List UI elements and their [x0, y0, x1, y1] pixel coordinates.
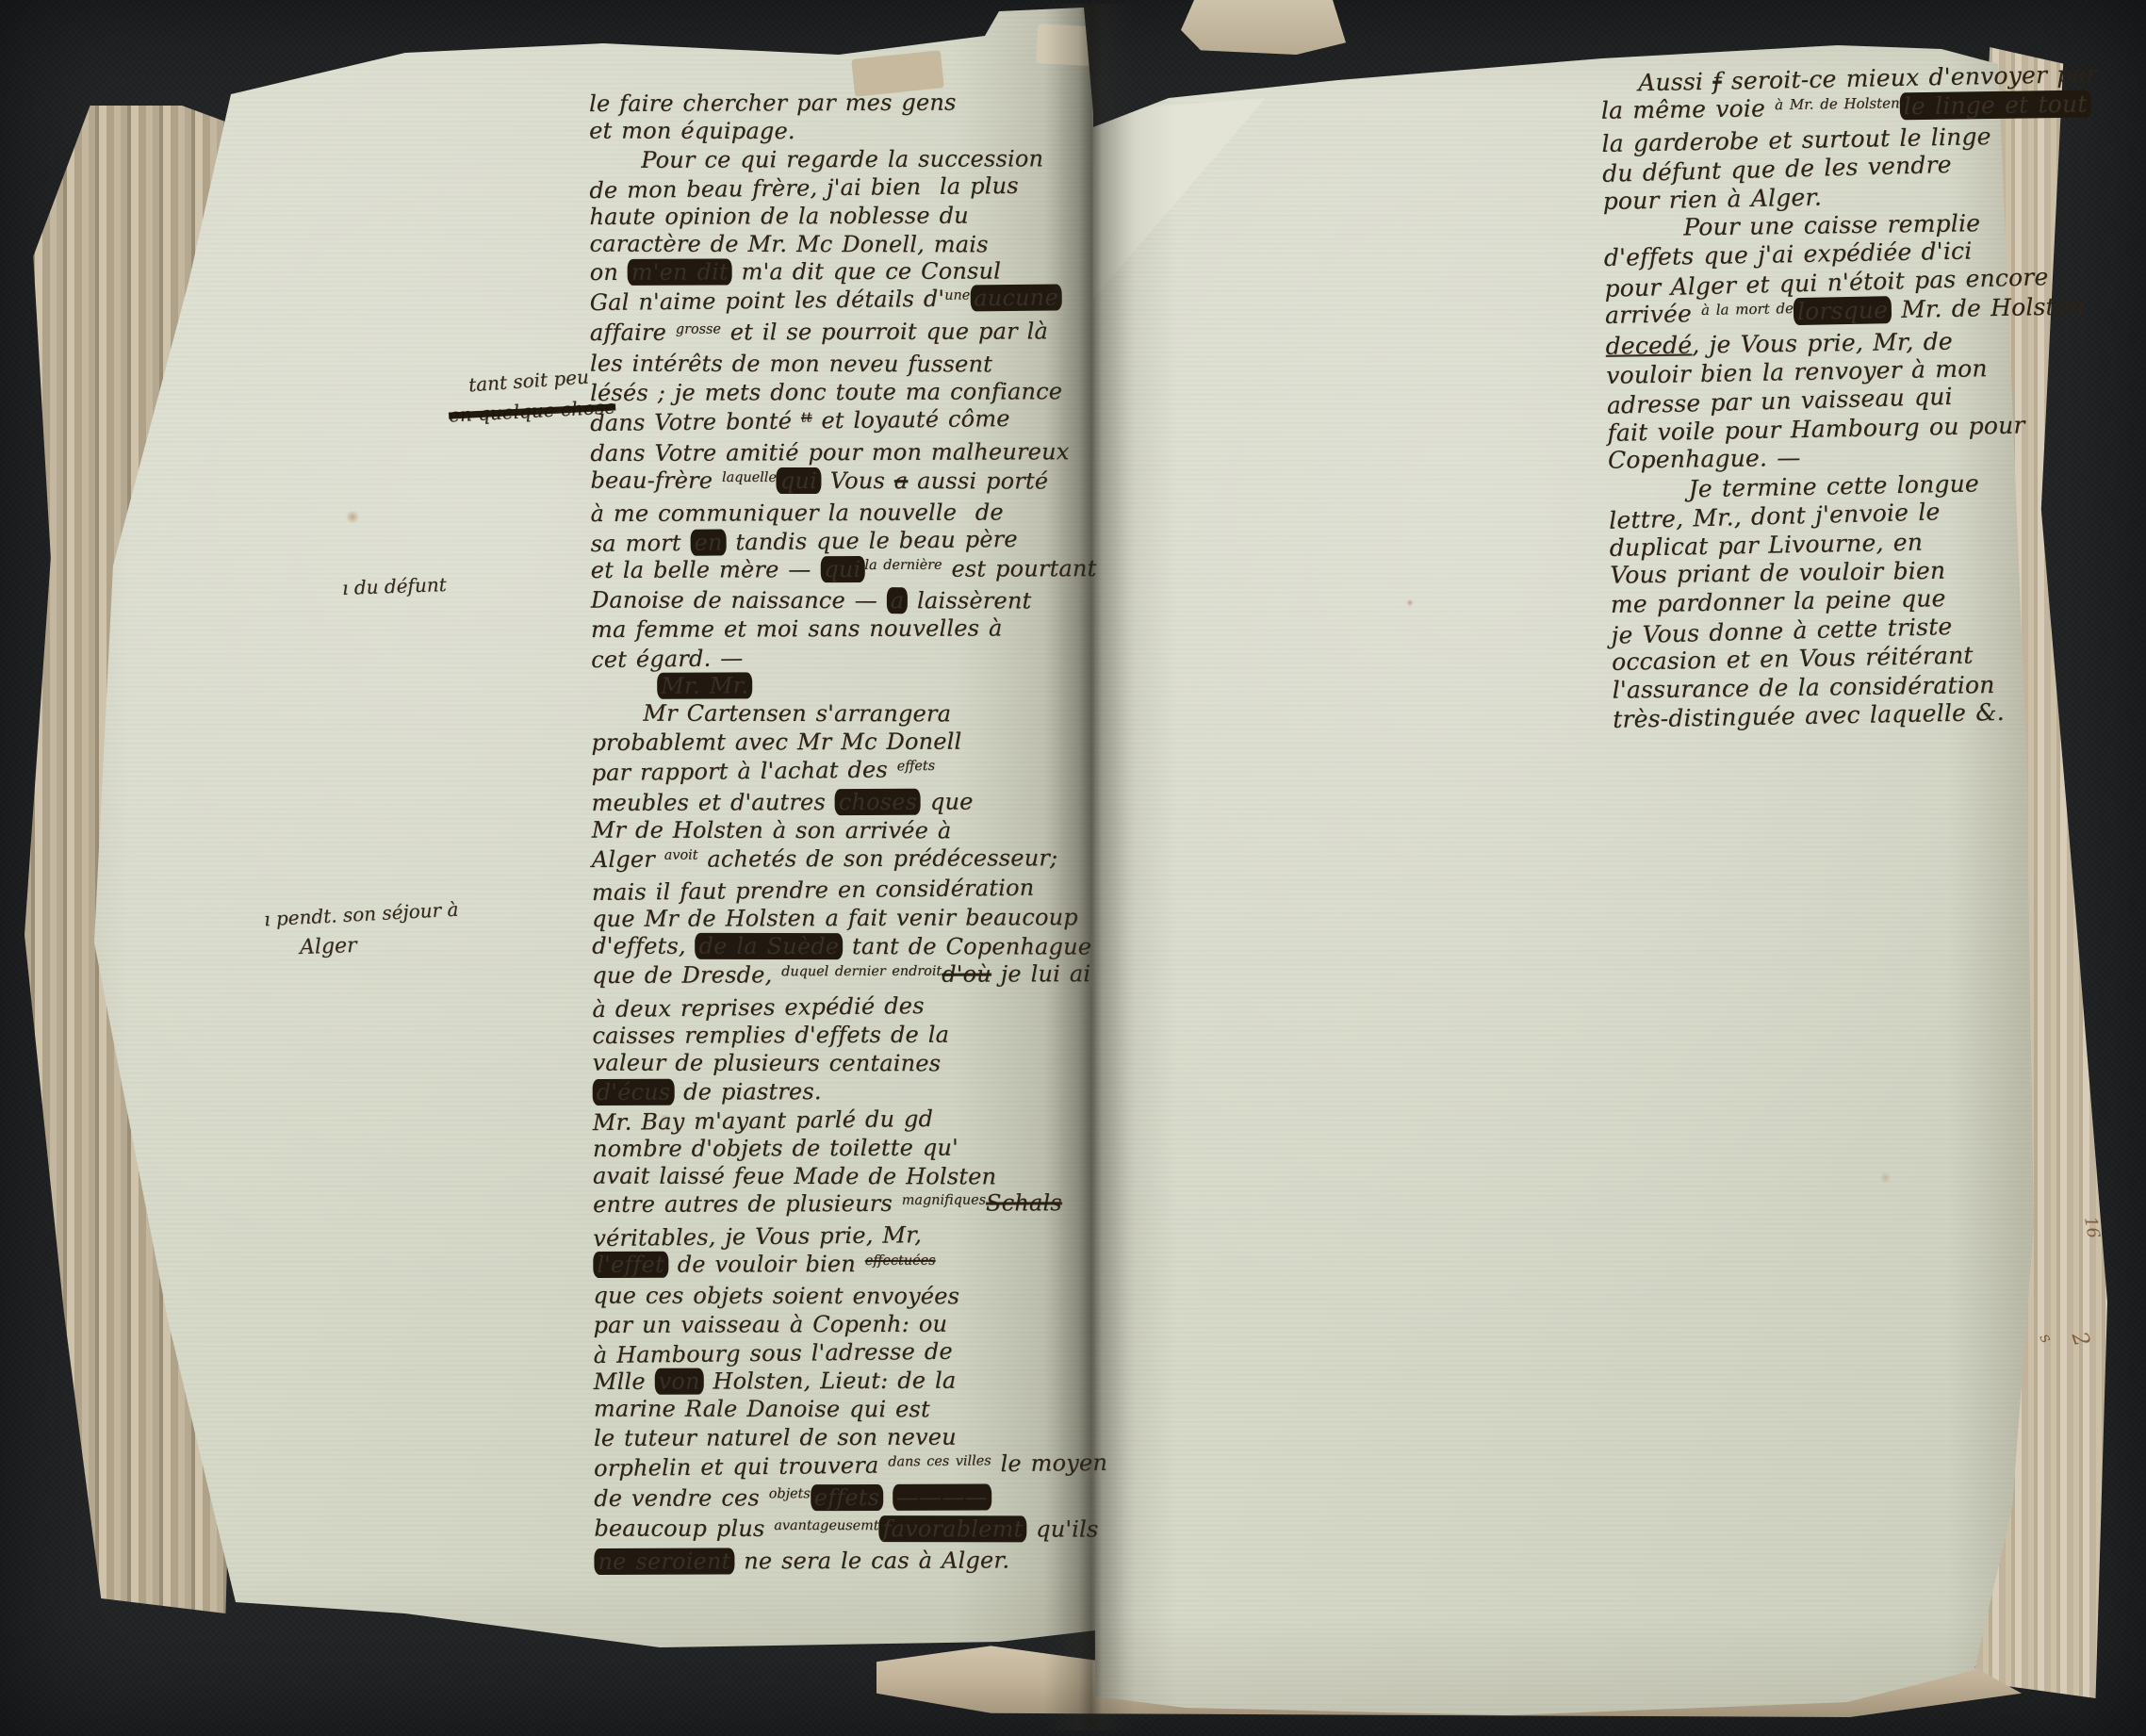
manuscript-line: Vous priant de vouloir bien — [1610, 555, 2053, 590]
interlinear-addition: la dernière — [864, 558, 942, 573]
handwritten-text: dans Votre amitié pour mon malheureux — [590, 438, 1069, 467]
handwritten-text: Copenhague. — — [1608, 444, 1801, 474]
manuscript-line: beau-frère laquellequi Vous a aussi port… — [590, 467, 1088, 500]
manuscript-line: haute opinion de la noblesse du — [589, 202, 1087, 232]
handwritten-text: et la belle mère — — [591, 556, 821, 583]
handwritten-text: m'a dit que ce Consul — [732, 258, 1001, 286]
manuscript-line: affaire grosse et il se pourroit que par… — [590, 318, 1088, 352]
manuscript-line: decedé, je Vous prie, Mr, de — [1605, 326, 2048, 361]
handwritten-text: Mr de Holsten à son arrivée à — [592, 816, 952, 843]
handwritten-text: Mr. Bay m'ayant parlé du gd — [593, 1105, 934, 1136]
handwritten-text: tandis que le beau père — [726, 526, 1017, 556]
manuscript-line: Mr. Mr. — [591, 671, 1089, 701]
handwritten-text: Vous priant de vouloir bien — [1610, 557, 1945, 589]
interlinear-addition: magnifiques — [902, 1193, 986, 1208]
handwritten-text: achetés de son prédécesseur; — [697, 844, 1057, 872]
manuscript-line: que Mr de Holsten a fait venir beaucoup — [592, 905, 1089, 935]
handwritten-text: de piastres. — [674, 1078, 821, 1105]
scribbled-out-text: lorsque — [1794, 296, 1892, 325]
manuscript-line: dans Votre amitié pour mon malheureux — [590, 438, 1088, 468]
handwritten-text: nombre d'objets de toilette qu' — [593, 1134, 958, 1161]
manuscript-line: d'écus de piastres. — [593, 1077, 1090, 1107]
manuscript-line: de mon beau frère, j'ai bien la plus — [589, 172, 1087, 205]
handwritten-text: mais il faut prendre en considération — [592, 875, 1035, 906]
handwritten-text: Pour ce qui regarde la succession — [641, 145, 1043, 172]
scribbled-out-text: qui — [777, 467, 821, 494]
handwritten-text: avait laissé feue Made de Holsten — [593, 1162, 996, 1189]
handwritten-text: le tuteur naturel de son neveu — [594, 1423, 957, 1450]
handwritten-text: Mr Cartensen s'arrangera — [643, 700, 951, 728]
paper-tab — [1181, 0, 1346, 55]
manuscript-line: ma femme et moi sans nouvelles à — [591, 614, 1089, 645]
handwritten-text: sa mort — [591, 529, 691, 556]
manuscript-line: par un vaisseau à Copenh: ou — [594, 1310, 1091, 1340]
handwritten-text: valeur de plusieurs centaines — [593, 1050, 942, 1077]
handwritten-text: le faire chercher par mes gens — [589, 90, 957, 117]
scribbled-out-text: effets — [811, 1483, 883, 1510]
handwritten-text: par rapport à l'achat des — [591, 756, 896, 786]
manuscript-line: à Hambourg sous l'adresse de — [594, 1336, 1091, 1370]
scribbled-out-text: en — [690, 529, 726, 555]
manuscript-line: que ces objets soient envoyées — [593, 1283, 1090, 1312]
handwritten-text: les intérêts de mon neveu fussent — [590, 351, 992, 378]
handwritten-text: caractère de Mr. Mc Donell, mais — [590, 230, 989, 257]
scribbled-out-text: aucune — [970, 285, 1062, 312]
scribbled-out-text: choses — [835, 789, 921, 815]
scribbled-out-text: qui — [820, 555, 864, 581]
handwritten-text — [883, 1483, 893, 1510]
handwritten-text: caisses remplies d'effets de la — [592, 1022, 949, 1049]
scribbled-out-text: le linge et tout — [1899, 90, 2090, 121]
manuscript-line: véritables, je Vous prie, Mr, — [593, 1220, 1090, 1253]
handwritten-text: Gal n'aime point les détails d' — [590, 286, 945, 316]
handwritten-text: de mon beau frère, j'ai bien la plus — [589, 172, 1019, 204]
manuscript-line: le tuteur naturel de son neveu — [594, 1423, 1091, 1453]
handwritten-text: à deux reprises expédié des — [592, 992, 925, 1023]
manuscript-line: Alger avoit achetés de son prédécesseur; — [592, 844, 1089, 878]
handwritten-text: à me communiquer la nouvelle de — [591, 499, 1004, 527]
handwritten-text: entre autres de plusieurs — [593, 1190, 902, 1218]
manuscript-line: la même voie à Mr. de Holstenle linge et… — [1601, 91, 2044, 129]
handwritten-text: Mr. de Holsten — [1892, 292, 2086, 323]
interlinear-addition: grosse — [676, 322, 721, 337]
scribbled-out-text: d'écus — [593, 1079, 675, 1105]
manuscript-line: Mlle von Holsten, Lieut: de la — [594, 1367, 1091, 1397]
interlinear-addition: dans ces villes — [888, 1453, 991, 1469]
scribbled-out-text: ———— — [893, 1483, 991, 1510]
interlinear-addition: duquel dernier endroit — [781, 964, 942, 980]
handwritten-text: Pour une caisse remplie — [1683, 209, 1980, 240]
handwritten-text: que de Dresde, — [592, 961, 781, 989]
right-page-text: Aussi f seroit-ce mieux d'envoyer parla … — [1600, 61, 2056, 734]
manuscript-line: on m'en dit m'a dit que ce Consul — [590, 258, 1088, 288]
handwritten-text: véritables, je Vous prie, Mr, — [593, 1221, 922, 1252]
manuscript-line: Mr Cartensen s'arrangera — [591, 700, 1089, 729]
scribbled-out-text: favorablemt — [878, 1516, 1026, 1543]
handwritten-text: beau-frère — [590, 467, 722, 493]
manuscript-line: à me communiquer la nouvelle de — [591, 499, 1089, 529]
manuscript-line: dans Votre bonté tt et loyauté côme — [590, 404, 1088, 442]
handwritten-text: Holsten, Lieut: de la — [704, 1368, 957, 1395]
interlinear-addition: effectuées — [865, 1253, 936, 1269]
handwritten-text: et loyauté côme — [811, 405, 1009, 434]
manuscript-line: Gal n'aime point les détails d'uneaucune — [590, 284, 1088, 321]
manuscript-line: à deux reprises expédié des — [592, 991, 1089, 1024]
handwritten-text: est pourtant — [942, 555, 1097, 582]
manuscript-line: entre autres de plusieurs magnifiquesSch… — [593, 1190, 1090, 1224]
manuscript-line: orphelin et qui trouvera dans ces villes… — [594, 1449, 1091, 1487]
interlinear-addition: à la mort de — [1701, 300, 1794, 319]
manuscript-line: cet égard. — — [591, 641, 1089, 675]
interlinear-addition: objets — [769, 1487, 811, 1502]
handwritten-text: orphelin et qui trouvera — [594, 1451, 888, 1482]
manuscript-line: ne seroient ne sera le cas à Alger. — [594, 1547, 1091, 1577]
handwritten-text: meubles et d'autres — [592, 789, 835, 816]
interlinear-addition: effets — [897, 759, 936, 774]
manuscript-line: valeur de plusieurs centaines — [593, 1050, 1090, 1079]
manuscript-line: l'effet de vouloir bien effectuées — [593, 1250, 1090, 1284]
interlinear-addition: à Mr. de Holsten — [1775, 94, 1900, 113]
manuscript-line: meubles et d'autres choses que — [592, 788, 1089, 818]
scribbled-out-text: ne seroient — [594, 1548, 734, 1576]
handwritten-text: cet égard. — — [591, 645, 744, 673]
manuscript-line: et la belle mère — quila dernière est po… — [591, 555, 1089, 589]
handwritten-text: Danoise de naissance — — [591, 587, 887, 614]
handwritten-text: affaire — [590, 319, 676, 346]
handwritten-text: la même voie — [1601, 95, 1776, 125]
manuscript-line: Danoise de naissance — a laissèrent — [591, 587, 1089, 616]
handwritten-text: à Hambourg sous l'adresse de — [594, 1338, 953, 1368]
struck-text: Schals — [986, 1190, 1062, 1217]
manuscript-line: de vendre ces objetseffets ———— — [594, 1483, 1091, 1517]
handwritten-text: l'assurance de la considération — [1612, 671, 1994, 704]
margin-note-defunt: ı du défunt — [342, 573, 447, 599]
left-page-text: le faire chercher par mes genset mon équ… — [589, 89, 1092, 1577]
manuscript-line: Pour ce qui regarde la succession — [589, 145, 1087, 175]
manuscript-line: lésés ; je mets donc toute ma confiance — [590, 378, 1088, 408]
handwritten-text: d'effets, — [592, 933, 695, 959]
handwritten-text: probablemt avec Mr Mc Donell — [591, 729, 961, 756]
handwritten-text: haute opinion de la noblesse du — [589, 202, 968, 229]
manuscript-line: avait laissé feue Made de Holsten — [593, 1162, 1090, 1191]
handwritten-text: et il se pourroit que par là — [721, 319, 1048, 346]
scribbled-out-text: l'effet — [593, 1252, 668, 1278]
manuscript-line: Mr de Holsten à son arrivée à — [592, 816, 1089, 845]
handwritten-text: que — [921, 788, 974, 814]
interlinear-addition: avantageusemt — [774, 1518, 878, 1533]
manuscript-line: marine Rale Danoise qui est — [594, 1395, 1091, 1424]
handwritten-text: et mon équipage. — [589, 118, 795, 144]
manuscript-line: le faire chercher par mes gens — [589, 89, 1087, 119]
handwritten-text: dans Votre bonté — [590, 408, 801, 437]
handwritten-text: qu'ils — [1026, 1516, 1098, 1543]
manuscript-line: l'assurance de la considération — [1612, 670, 2055, 705]
manuscript-line: caractère de Mr. Mc Donell, mais — [590, 230, 1088, 259]
manuscript-line: Mr. Bay m'ayant parlé du gd — [593, 1104, 1090, 1138]
handwritten-text: marine Rale Danoise qui est — [594, 1395, 930, 1422]
manuscript-line: d'effets, de la Suède tant de Copenhague — [592, 933, 1089, 962]
interlinear-addition: tt — [801, 410, 812, 425]
manuscript-line: les intérêts de mon neveu fussent — [590, 351, 1088, 380]
scribbled-out-text: de la Suède — [696, 933, 844, 959]
edge-ink-mark: 16 — [2080, 1215, 2104, 1239]
paper-repair-patch — [1036, 24, 1143, 69]
manuscript-line: et mon équipage. — [589, 118, 1087, 147]
interlinear-addition: avoit — [664, 848, 698, 863]
manuscript-line: sa mort en tandis que le beau père — [591, 525, 1089, 559]
interlinear-addition: laquelle — [722, 469, 777, 484]
handwritten-text: que Mr de Holsten a fait venir beaucoup — [592, 905, 1078, 933]
handwritten-text: de vouloir bien — [668, 1251, 865, 1278]
scribbled-out-text: von — [654, 1368, 703, 1394]
handwritten-text: tant de Copenhague — [843, 933, 1091, 959]
manuscript-line: nombre d'objets de toilette qu' — [593, 1134, 1090, 1164]
handwritten-text: lésés ; je mets donc toute ma confiance — [590, 378, 1062, 406]
handwritten-text: Vous — [821, 467, 894, 494]
handwritten-text: je lui ai — [991, 960, 1090, 987]
handwritten-text: aussi porté — [908, 467, 1048, 494]
handwritten-text: de vendre ces — [594, 1484, 769, 1512]
handwritten-text: Alger — [592, 845, 664, 872]
manuscript-line: beaucoup plus avantageusemtfavorablemt q… — [594, 1515, 1091, 1548]
struck-text: d'où — [942, 961, 991, 988]
handwritten-text: beaucoup plus — [594, 1515, 774, 1542]
scribbled-out-text: m'en dit — [628, 259, 732, 286]
manuscript-photo: le faire chercher par mes genset mon équ… — [0, 0, 2146, 1736]
handwritten-text: on — [590, 259, 628, 286]
interlinear-addition: une — [944, 288, 970, 303]
struck-text: a — [894, 467, 909, 494]
manuscript-line: par rapport à l'achat des effets — [591, 754, 1089, 792]
underlined-text: decedé — [1605, 331, 1692, 359]
scribbled-out-text: a — [887, 588, 909, 614]
handwritten-text: ma femme et moi sans nouvelles à — [591, 615, 1003, 644]
handwritten-text: que ces objets soient envoyées — [593, 1283, 959, 1310]
handwritten-text: le moyen — [991, 1449, 1107, 1476]
handwritten-text: Aussi — [1638, 68, 1713, 97]
handwritten-text: laissèrent — [908, 588, 1031, 614]
margin-note-sejour-alger: Alger — [300, 934, 357, 959]
handwritten-text: par un vaisseau à Copenh: ou — [594, 1311, 948, 1338]
handwritten-text: arrivée — [1605, 300, 1702, 329]
manuscript-line: que de Dresde, duquel dernier endroitd'o… — [592, 960, 1089, 994]
scribbled-out-text: Mr. Mr. — [657, 673, 752, 699]
handwritten-text: , je Vous prie, Mr, de — [1692, 327, 1953, 358]
handwritten-text: ne sera le cas à Alger. — [734, 1548, 1009, 1575]
manuscript-line: caisses remplies d'effets de la — [592, 1021, 1089, 1051]
manuscript-line: mais il faut prendre en considération — [592, 875, 1089, 909]
manuscript-line: probablemt avec Mr Mc Donell — [591, 728, 1089, 758]
handwritten-text: Mlle — [594, 1368, 655, 1395]
